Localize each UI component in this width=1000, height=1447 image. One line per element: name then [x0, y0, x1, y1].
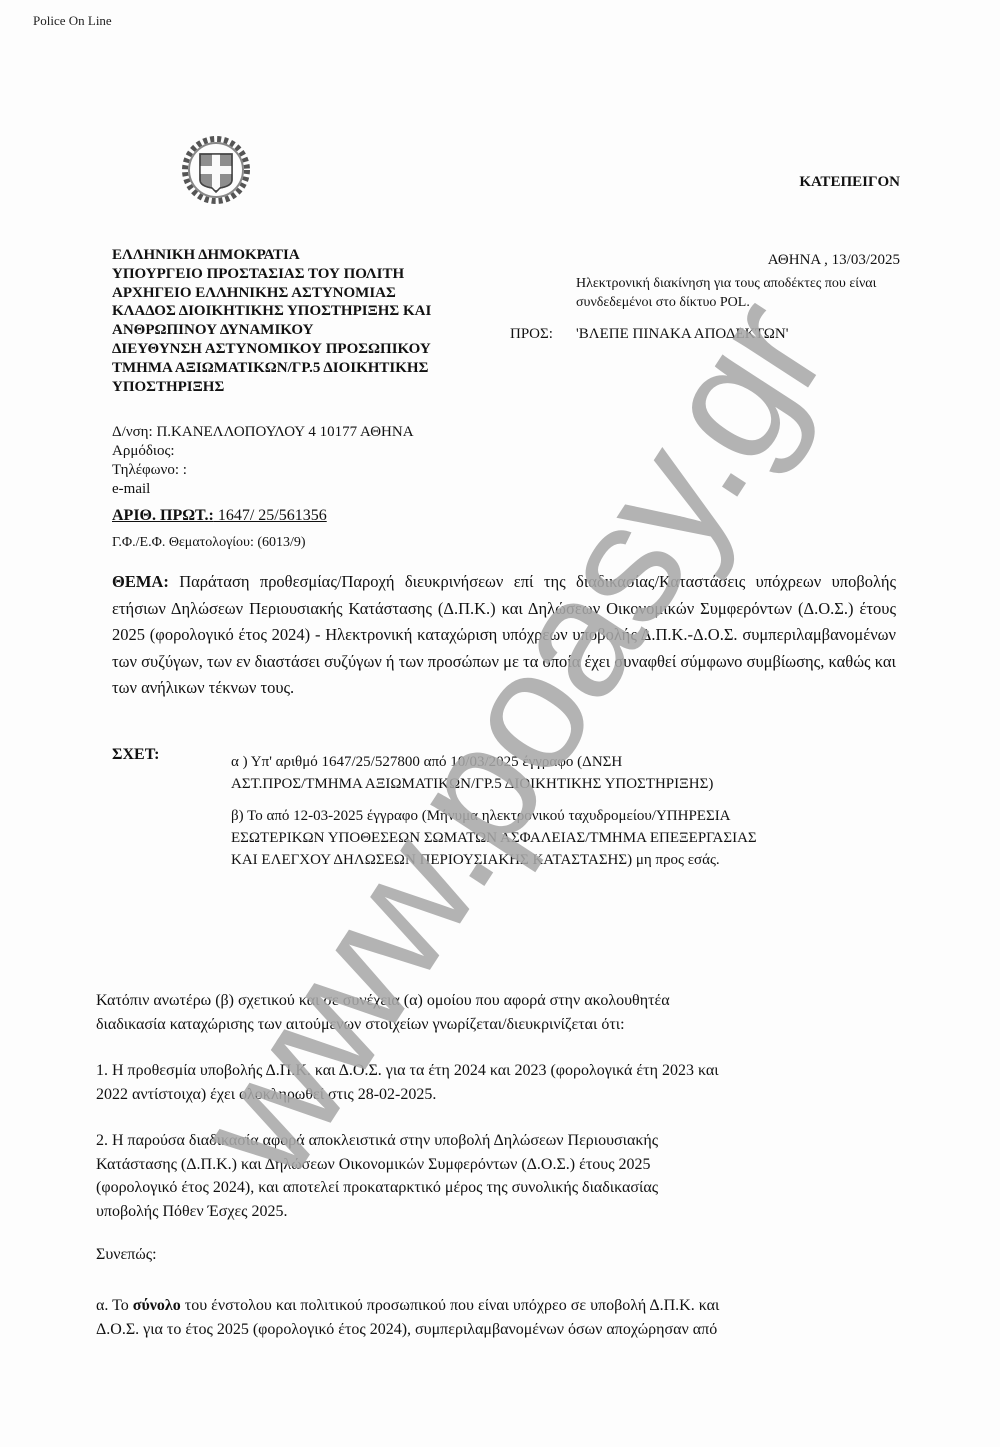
- item-a-emphasis: σύνολο: [133, 1297, 181, 1314]
- item-a-rest: του ένστολου και πολιτικού προσωπικού πο…: [181, 1297, 720, 1314]
- protocol-value: 1647/ 25/561356: [214, 507, 327, 524]
- org-line: ΥΠΟΥΡΓΕΙΟ ΠΡΟΣΤΑΣΙΑΣ ΤΟΥ ΠΟΛΙΤΗ: [112, 265, 431, 284]
- item-2: 2. Η παρούσα διαδικασία αφορά αποκλειστι…: [96, 1129, 896, 1223]
- text-line: α. Το σύνολο του ένστολου και πολιτικού …: [96, 1294, 896, 1318]
- greek-coat-of-arms-icon: [180, 134, 252, 206]
- text-line: 2022 αντίστοιχα) έχει ολοκληρωθεί στις 2…: [96, 1083, 896, 1107]
- text-line: Κατάστασης (Δ.Π.Κ.) και Δηλώσεων Οικονομ…: [96, 1153, 896, 1177]
- org-line: ΕΛΛΗΝΙΚΗ ΔΗΜΟΚΡΑΤΙΑ: [112, 246, 431, 265]
- text-line: Δ.Ο.Σ. για το έτος 2025 (φορολογικό έτος…: [96, 1318, 896, 1342]
- recipient-row: ΠΡΟΣ:'ΒΛΕΠΕ ΠΙΝΑΚΑ ΑΠΟΔΕΚΤΩΝ': [510, 326, 788, 343]
- related-b-line: ΕΣΩΤΕΡΙΚΩΝ ΥΠΟΘΕΣΕΩΝ ΣΩΜΑΤΩΝ ΑΣΦΑΛΕΙΑΣ/Τ…: [231, 827, 757, 849]
- text-line: 1. Η προθεσμία υποβολής Δ.Π.Κ. και Δ.Ο.Σ…: [96, 1059, 896, 1083]
- text-line: υποβολής Πόθεν Έσχες 2025.: [96, 1200, 896, 1224]
- related-label: ΣΧΕΤ:: [112, 746, 160, 764]
- subject-block: ΘΕΜΑ: Παράταση προθεσμίας/Παροχή διευκρι…: [112, 569, 896, 702]
- address: Δ/νση: Π.ΚΑΝΕΛΛΟΠΟΥΛΟΥ 4 10177 ΑΘΗΝΑ: [112, 423, 414, 442]
- thematic-code: Γ.Φ./Ε.Φ. Θεματολογίου: (6013/9): [112, 535, 306, 551]
- therefore-label: Συνεπώς:: [96, 1243, 896, 1267]
- place-date: ΑΘΗΝΑ , 13/03/2025: [768, 252, 900, 269]
- text-line: Κατόπιν ανωτέρω (β) σχετικού και σε συνέ…: [96, 989, 896, 1013]
- protocol-label: ΑΡΙΘ. ΠΡΩΤ.:: [112, 507, 214, 524]
- to-label: ΠΡΟΣ:: [510, 326, 576, 343]
- sender-organization: ΕΛΛΗΝΙΚΗ ΔΗΜΟΚΡΑΤΙΑ ΥΠΟΥΡΓΕΙΟ ΠΡΟΣΤΑΣΙΑΣ…: [112, 246, 431, 396]
- item-a: α. Το σύνολο του ένστολου και πολιτικού …: [96, 1294, 896, 1341]
- to-value: 'ΒΛΕΠΕ ΠΙΝΑΚΑ ΑΠΟΔΕΚΤΩΝ': [576, 326, 788, 342]
- urgency-label: ΚΑΤΕΠΕΙΓΟΝ: [799, 174, 900, 191]
- org-line: ΔΙΕΥΘΥΝΣΗ ΑΣΤΥΝΟΜΙΚΟΥ ΠΡΟΣΩΠΙΚΟΥ: [112, 340, 431, 359]
- text-line: 2. Η παρούσα διαδικασία αφορά αποκλειστι…: [96, 1129, 896, 1153]
- related-b-line: β) Το από 12-03-2025 έγγραφο (Μήνυμα ηλε…: [231, 805, 757, 827]
- org-line: ΥΠΟΣΤΗΡΙΞΗΣ: [112, 378, 431, 397]
- distribution-note: Ηλεκτρονική διακίνηση για τους αποδέκτες…: [576, 274, 906, 312]
- item-a-prefix: α. Το: [96, 1297, 133, 1314]
- intro-paragraph: Κατόπιν ανωτέρω (β) σχετικού και σε συνέ…: [96, 989, 896, 1036]
- subject-label: ΘΕΜΑ:: [112, 572, 169, 591]
- related-item-a: α ) Υπ' αριθμό 1647/25/527800 από 10/03/…: [231, 751, 713, 795]
- sender-contact: Δ/νση: Π.ΚΑΝΕΛΛΟΠΟΥΛΟΥ 4 10177 ΑΘΗΝΑ Αρμ…: [112, 423, 414, 499]
- item-1: 1. Η προθεσμία υποβολής Δ.Π.Κ. και Δ.Ο.Σ…: [96, 1059, 896, 1106]
- related-b-line: ΚΑΙ ΕΛΕΓΧΟΥ ΔΗΛΩΣΕΩΝ ΠΕΡΙΟΥΣΙΑΚΗΣ ΚΑΤΑΣΤ…: [231, 849, 757, 871]
- responsible-label: Αρμόδιος:: [112, 442, 414, 461]
- text-line: (φορολογικό έτος 2024), και αποτελεί προ…: [96, 1176, 896, 1200]
- org-line: ΤΜΗΜΑ ΑΞΙΩΜΑΤΙΚΩΝ/ΓΡ.5 ΔΙΟΙΚΗΤΙΚΗΣ: [112, 359, 431, 378]
- email-label: e-mail: [112, 480, 414, 499]
- subject-text: Παράταση προθεσμίας/Παροχή διευκρινήσεων…: [112, 572, 896, 697]
- org-line: ΑΡΧΗΓΕΙΟ ΕΛΛΗΝΙΚΗΣ ΑΣΤΥΝΟΜΙΑΣ: [112, 284, 431, 303]
- related-a-line: ΑΣΤ.ΠΡΟΣ/ΤΜΗΜΑ ΑΞΙΩΜΑΤΙΚΩΝ/ΓΡ.5 ΔΙΟΙΚΗΤΙ…: [231, 773, 713, 795]
- source-label: Police On Line: [33, 13, 112, 29]
- related-a-line: α ) Υπ' αριθμό 1647/25/527800 από 10/03/…: [231, 751, 713, 773]
- phone-label: Τηλέφωνο: :: [112, 461, 414, 480]
- related-item-b: β) Το από 12-03-2025 έγγραφο (Μήνυμα ηλε…: [231, 805, 757, 871]
- text-line: διαδικασία καταχώρισης των αιτούμενων στ…: [96, 1013, 896, 1037]
- org-line: ΑΝΘΡΩΠΙΝΟΥ ΔΥΝΑΜΙΚΟΥ: [112, 321, 431, 340]
- protocol-number: ΑΡΙΘ. ΠΡΩΤ.: 1647/ 25/561356: [112, 507, 327, 525]
- org-line: ΚΛΑΔΟΣ ΔΙΟΙΚΗΤΙΚΗΣ ΥΠΟΣΤΗΡΙΞΗΣ ΚΑΙ: [112, 302, 431, 321]
